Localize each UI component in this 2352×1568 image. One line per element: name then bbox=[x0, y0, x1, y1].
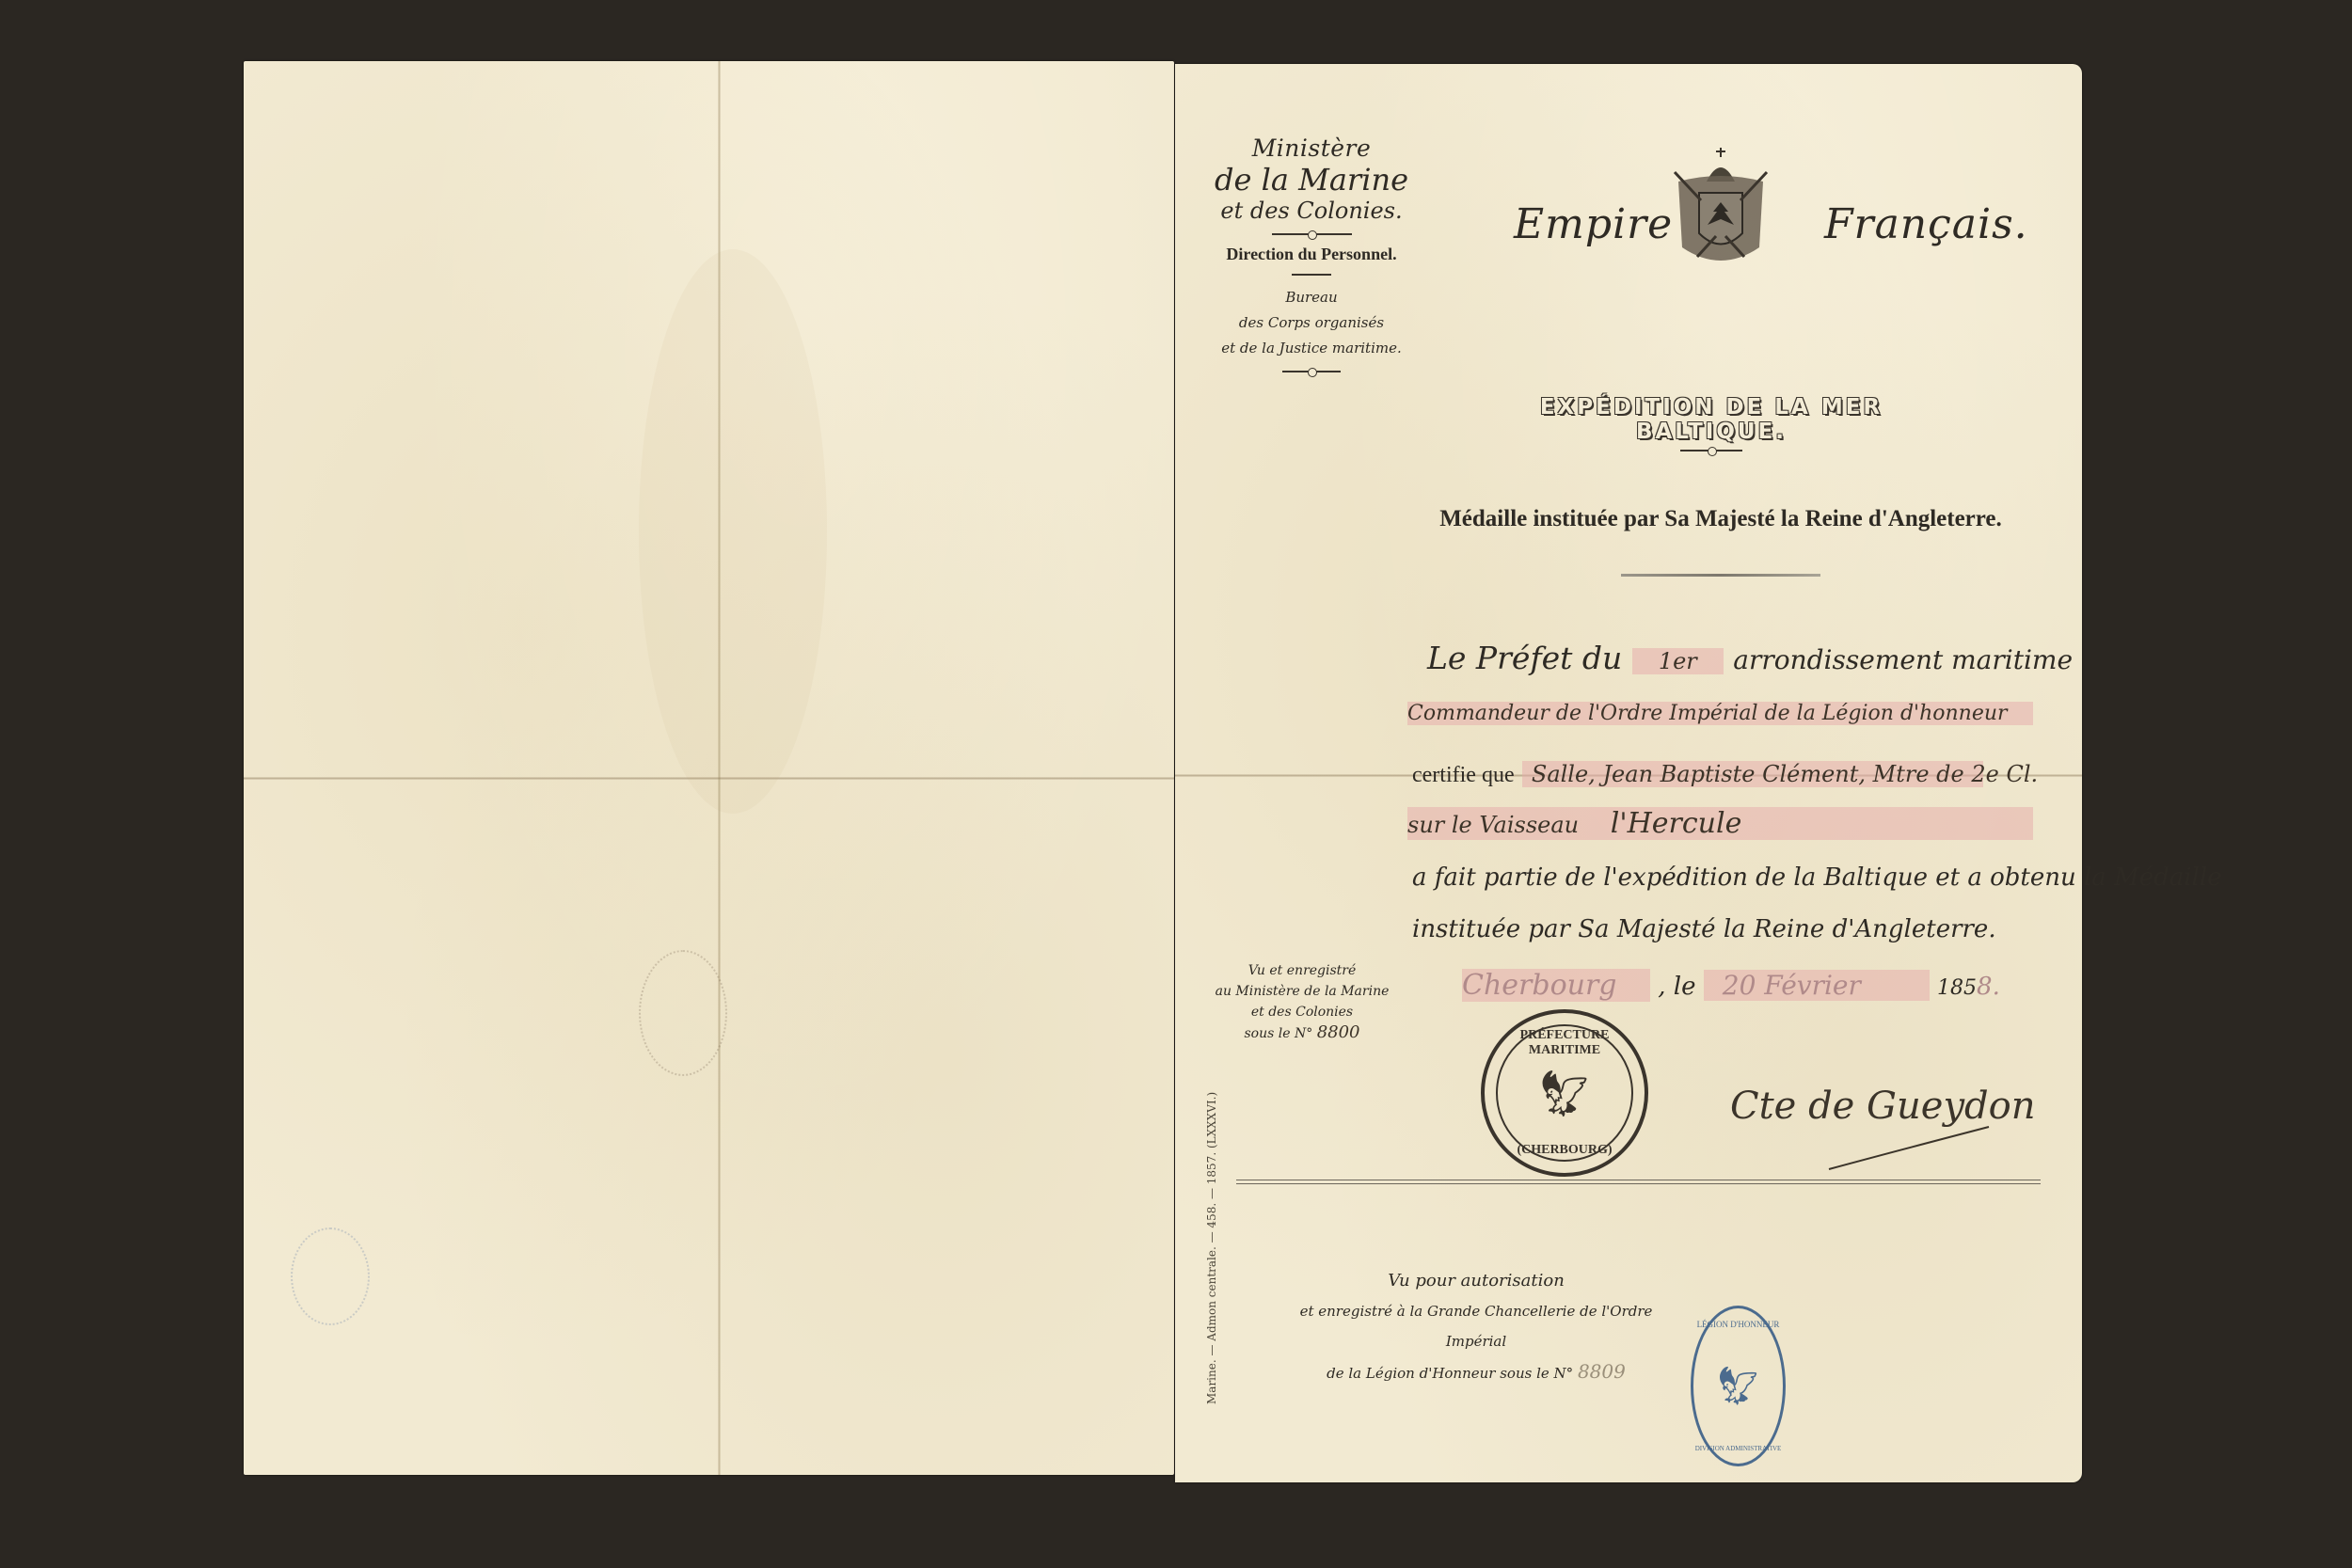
ghost-stamp-blue bbox=[291, 1227, 370, 1325]
printer-note: Marine. — Admon centrale. — 458. — 1857.… bbox=[1205, 1092, 1218, 1404]
authorization-number: 8809 bbox=[1578, 1360, 1626, 1383]
ministry-line2: de la Marine bbox=[1203, 162, 1420, 198]
ship-fill-line: sur le Vaisseau l'Hercule bbox=[1407, 807, 2033, 840]
stamp-top-text: LÉGION D'HONNEUR bbox=[1693, 1320, 1783, 1329]
registration-line4: sous le N° 8800 bbox=[1203, 1022, 1401, 1044]
stamp-bottom-text: DIVISION ADMINISTRATIVE bbox=[1693, 1445, 1783, 1452]
date-separator: , le bbox=[1658, 973, 1695, 1001]
arrondissement-fill: 1er bbox=[1632, 648, 1724, 674]
authorization-line2: et enregistré à la Grande Chancellerie d… bbox=[1279, 1296, 1674, 1356]
bureau-line3: et de la Justice maritime. bbox=[1203, 336, 1420, 361]
title-fill-line: Commandeur de l'Ordre Impérial de la Lég… bbox=[1407, 702, 2033, 725]
place-date-line: Cherbourg , le 20 Février 1858. bbox=[1462, 969, 2000, 1002]
ministry-line3: et des Colonies. bbox=[1203, 198, 1420, 224]
registration-line3: et des Colonies bbox=[1203, 1002, 1401, 1022]
short-rule bbox=[1292, 274, 1331, 276]
registration-line1: Vu et enregistré bbox=[1203, 960, 1401, 981]
registration-note: Vu et enregistré au Ministère de la Mari… bbox=[1203, 960, 1401, 1044]
flourish-divider bbox=[1272, 233, 1352, 235]
authorization-line1: Vu pour autorisation bbox=[1279, 1266, 1674, 1296]
signature-flourish-icon bbox=[1824, 1117, 1994, 1174]
direction-label: Direction du Personnel. bbox=[1203, 245, 1420, 264]
date-fill: 20 Février bbox=[1704, 970, 1930, 1001]
eagle-icon: 🦅︎ bbox=[1714, 1364, 1762, 1408]
francais-word: Français. bbox=[1824, 200, 2028, 248]
arrondissement-label: arrondissement maritime bbox=[1733, 644, 2073, 675]
bureau-line2: des Corps organisés bbox=[1203, 310, 1420, 336]
body-line-3: certifie que Salle, Jean Baptiste Clémen… bbox=[1412, 760, 1983, 788]
section-separator bbox=[1621, 574, 1820, 577]
empire-word: Empire bbox=[1514, 200, 1673, 248]
ship-name: l'Hercule bbox=[1611, 807, 1742, 840]
year-printed: 185 bbox=[1937, 976, 1977, 1000]
certificate-page: Ministère de la Marine et des Colonies. … bbox=[1175, 64, 2082, 1482]
prefet-label: Le Préfet du bbox=[1427, 640, 1622, 676]
year-handwritten: 8. bbox=[1977, 973, 2000, 1001]
body-line-1: Le Préfet du 1er arrondissement maritime bbox=[1427, 640, 2073, 676]
authorization-divider bbox=[1236, 1180, 2041, 1184]
registration-line2: au Ministère de la Marine bbox=[1203, 981, 1401, 1002]
ghost-stamp-brown bbox=[639, 950, 727, 1076]
authorization-block: Vu pour autorisation et enregistré à la … bbox=[1279, 1266, 1674, 1388]
certifie-label: certifie que bbox=[1412, 763, 1515, 787]
place-fill: Cherbourg bbox=[1462, 969, 1650, 1002]
recipient-name-fill: Salle, Jean Baptiste Clément, Mtre de 2e… bbox=[1522, 761, 1983, 787]
left-page-blank bbox=[244, 61, 1174, 1475]
vaisseau-label: sur le Vaisseau bbox=[1407, 812, 1579, 838]
title-flourish bbox=[1678, 440, 1744, 461]
flourish-divider bbox=[1282, 371, 1341, 372]
authorization-line3: de la Légion d'Honneur sous le N° 8809 bbox=[1279, 1356, 1674, 1388]
stamp-top-text: PRÉFECTURE MARITIME bbox=[1485, 1028, 1645, 1058]
stamp-bottom-text: (CHERBOURG) bbox=[1485, 1143, 1645, 1158]
body-line-5: a fait partie de l'expédition de la Balt… bbox=[1412, 863, 2222, 892]
expedition-title: EXPÉDITION DE LA MER BALTIQUE. bbox=[1467, 395, 1956, 444]
paper-stain bbox=[639, 249, 827, 814]
imperial-coat-of-arms-icon bbox=[1669, 144, 1772, 280]
ministry-header: Ministère de la Marine et des Colonies. … bbox=[1203, 135, 1420, 382]
medal-subtitle: Médaille instituée par Sa Majesté la Rei… bbox=[1429, 506, 2012, 532]
bureau-label: Bureau bbox=[1203, 285, 1420, 310]
registration-number: 8800 bbox=[1317, 1022, 1360, 1042]
ministry-line1: Ministère bbox=[1203, 135, 1420, 162]
legion-honneur-stamp: LÉGION D'HONNEUR 🦅︎ DIVISION ADMINISTRAT… bbox=[1691, 1306, 1786, 1466]
body-line-6: instituée par Sa Majesté la Reine d'Angl… bbox=[1412, 915, 1996, 943]
prefecture-maritime-stamp: PRÉFECTURE MARITIME 🦅︎ (CHERBOURG) bbox=[1481, 1009, 1648, 1177]
